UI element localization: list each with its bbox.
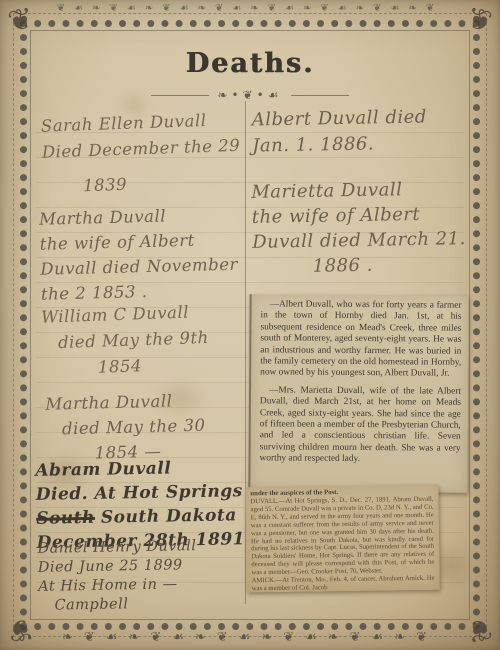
handwritten-line: 1886 .: [252, 251, 466, 280]
gar-paragraph-duvall: DUVALL.—At Hot Springs, S. D., Dec. 27, …: [250, 496, 434, 578]
handwritten-line: Campbell: [38, 593, 250, 616]
handwritten-line: Marietta Duvall: [251, 176, 465, 205]
handwritten-text: South Dakota: [101, 505, 237, 527]
corner-flourish-icon: ❦: [6, 4, 36, 38]
entry-martha-duvall-1853: Martha Duvall the wife of Albert Duvall …: [39, 201, 254, 307]
handwritten-line: Jan. 1. 1886.: [252, 130, 428, 159]
entry-marietta-duvall: Marietta Duvall the wife of Albert Duval…: [251, 176, 466, 280]
handwritten-line: the wife of Albert: [252, 201, 466, 230]
entry-daniel-henry-duvall: Daniel Henry Duvall Died June 25 1899 At…: [37, 536, 250, 616]
page-title: Deaths.: [0, 48, 500, 79]
entry-albert-duvall: Albert Duvall died Jan. 1. 1886.: [252, 104, 428, 159]
newspaper-clipping-obituary: —Albert Duvall, who was for forty years …: [248, 294, 468, 493]
struck-word: South: [36, 508, 95, 529]
title-flourish: ❧•❦•☙: [0, 88, 500, 102]
entry-william-c-duvall: William C Duvall died May the 9th 1854: [41, 297, 256, 382]
obituary-paragraph-marietta: —Mrs. Marietta Duvall, wife of the late …: [259, 385, 461, 466]
corner-flourish-icon: ❦: [6, 612, 36, 646]
obituary-paragraph-albert: —Albert Duvall, who was for forty years …: [260, 299, 462, 380]
gar-paragraph-amick: AMICK.—At Trenton, Mo., Feb. 4, of cance…: [252, 575, 435, 593]
handwritten-line: Died. At Hot Springs: [36, 479, 248, 507]
vine-ornament-top: ❦☙❧❦☙❧❦☙❧❦☙❧❦☙❧❦☙❧❦☙❧❦: [34, 3, 466, 14]
vine-ornament-bottom: ❧❦☙❧❦☙❧❦☙❧❦☙❧❦☙❧❦: [34, 630, 466, 645]
entry-sarah-ellen-duvall: Sarah Ellen Duvall Died December the 29 …: [41, 106, 256, 200]
handwritten-line: Duvall died March 21.: [252, 226, 466, 255]
newspaper-clipping-gar-notice: under the auspices of the Post. DUVALL.—…: [245, 485, 439, 593]
handwritten-line: Albert Duvall died: [252, 104, 428, 133]
handwritten-line: Abram Duvall: [35, 455, 247, 483]
corner-flourish-icon: ❦: [464, 4, 494, 38]
corner-flourish-icon: ❦: [464, 612, 494, 646]
flourish-glyphs: ❧•❦•☙: [217, 88, 282, 102]
handwritten-line: 1839: [43, 167, 256, 200]
